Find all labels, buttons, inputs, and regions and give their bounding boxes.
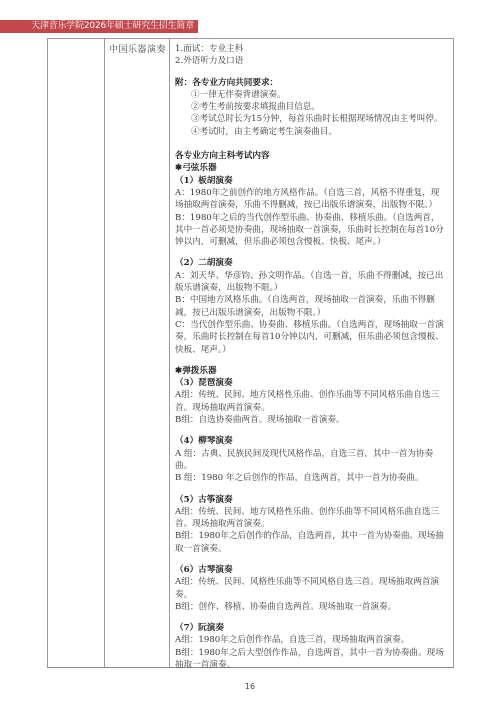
category-heading: ✱弹拨乐器 (175, 365, 447, 377)
main-subject-title: 各专业方向主科考试内容 (175, 150, 447, 162)
exam-item: 1.面试：专业主科 (175, 43, 447, 55)
exam-content-cell: 1.面试：专业主科 2.外语听力及口语 附：各专业方向共同要求： ①一律无伴奏背… (175, 43, 447, 671)
page-number: 16 (0, 682, 500, 691)
section-line: B：1980年之后的当代创作型乐曲、协奏曲、移植乐曲。（自选两首，其中一首必须是… (175, 212, 447, 249)
section-line: B：中国地方风格乐曲。（自选两首，现场抽取一首演奏，乐曲不得删减，按已出版乐谱演… (175, 294, 447, 319)
section-line: B组：自选协奏曲两首。现场抽取一首演奏。 (175, 414, 447, 426)
exam-item: 2.外语听力及口语 (175, 55, 447, 67)
category-heading: ✱弓弦乐器 (175, 162, 447, 174)
major-name-cell: 中国乐器演奏 (109, 42, 166, 55)
section-heading: （7）阮演奏 (175, 622, 447, 634)
requirement-item: ①一律无伴奏背谱演奏。 (175, 89, 447, 101)
section-line: B组：创作、移植、协奏曲自选两首。现场抽取一首演奏。 (175, 601, 447, 613)
requirement-item: ②考生考前按要求填报曲目信息。 (175, 101, 447, 113)
common-requirements-title: 附：各专业方向共同要求： (175, 77, 447, 89)
section-line: B 组：1980 年之后创作的作品，自选两首，其中一首为协奏曲。 (175, 472, 447, 484)
section-line: A组：传统、民间、地方风格性乐曲、创作乐曲等不同风格乐曲自选三首。现场抽取两首演… (175, 506, 447, 531)
section-line: A组：1980年之后创作作品，自选三首，现场抽取两首演奏。 (175, 634, 447, 646)
document-title: 天津音乐学院2026年硕士研究生招生简章 (31, 21, 194, 31)
requirements-table: 中国乐器演奏 1.面试：专业主科 2.外语听力及口语 附：各专业方向共同要求： … (47, 38, 454, 668)
section-line: A组：传统、民间、地方风格性乐曲、创作乐曲等不同风格乐曲自选三首。现场抽取两首演… (175, 389, 447, 414)
section-line: B组：1980年之后创作的作品，自选两首，其中一首为协奏曲。现场抽取一首演奏。 (175, 530, 447, 555)
requirement-item: ④考试时，由主考确定考生演奏曲目。 (175, 126, 447, 138)
section-heading: （2）二胡演奏 (175, 257, 447, 269)
section-heading: （3）琵琶演奏 (175, 377, 447, 389)
section-line: A：刘天华、华彦钧、孙文明作品。（自选一首，乐曲不得删减，按已出版乐谱演奏，出版… (175, 270, 447, 295)
section-heading: （5）古筝演奏 (175, 494, 447, 506)
section-line: C：当代创作型乐曲、协奏曲、移植乐曲。（自选两首，现场抽取一首演奏，乐曲时长控制… (175, 319, 447, 356)
section-line: A组：传统、民间、风格性乐曲等不同风格自选三首。现场抽取两首演奏。 (175, 576, 447, 601)
document-header-bar: 天津音乐学院2026年硕士研究生招生简章 (0, 20, 198, 33)
column-divider (169, 39, 170, 667)
section-heading: （4）柳琴演奏 (175, 435, 447, 447)
column-divider (104, 39, 105, 667)
section-line: B组：1980年之后大型创作作品，自选两首，其中一首为协奏曲。现场抽取一首演奏。 (175, 647, 447, 672)
section-line: A：1980年之前创作的地方风格作品。（自选三首，风格不得重复，现场抽取两首演奏… (175, 187, 447, 212)
requirement-item: ③考试总时长为15分钟，每首乐曲时长根据现场情况由主考叫停。 (175, 113, 447, 125)
section-heading: （6）古琴演奏 (175, 564, 447, 576)
section-heading: （1）板胡演奏 (175, 175, 447, 187)
section-line: A 组：古典、民族民间及现代风格作品，自选三首，其中一首为协奏曲。 (175, 448, 447, 473)
